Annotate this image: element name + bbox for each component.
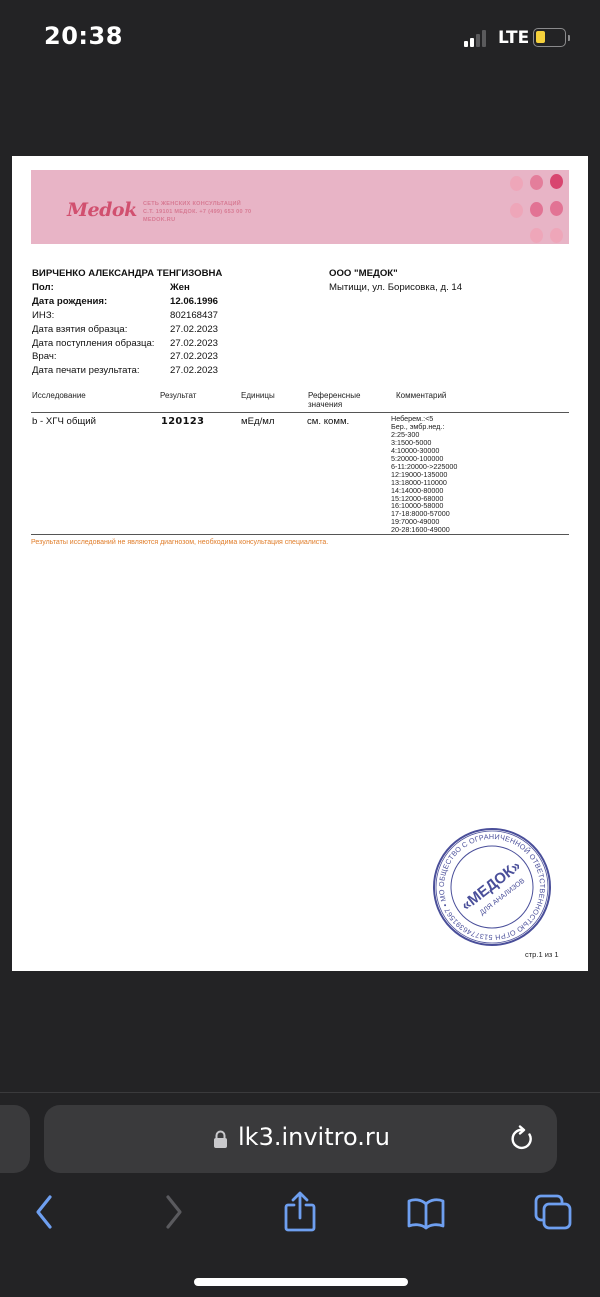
field-label: Дата взятия образца: bbox=[32, 323, 170, 337]
book-icon[interactable] bbox=[406, 1196, 446, 1230]
field-value: Жен bbox=[170, 281, 190, 295]
carrier-label: LTE bbox=[498, 28, 529, 48]
test-comment: Неберем.:<5Бер., эмбр.нед.:2:25-3003:150… bbox=[391, 415, 457, 534]
field-value: 27.02.2023 bbox=[170, 350, 218, 364]
patient-field: Пол:Жен bbox=[32, 281, 222, 295]
test-reference: см. комм. bbox=[307, 416, 349, 427]
disclaimer: Результаты исследований не являются диаг… bbox=[31, 539, 328, 546]
test-units: мЕд/мл bbox=[241, 416, 274, 427]
pdf-document: Medok СЕТЬ ЖЕНСКИХ КОНСУЛЬТАЦИЙ С.Т. 191… bbox=[12, 156, 588, 971]
chevron-right-icon[interactable] bbox=[162, 1192, 186, 1232]
share-icon[interactable] bbox=[282, 1190, 318, 1234]
url-text[interactable]: lk3.invitro.ru bbox=[238, 1123, 390, 1151]
reload-icon[interactable] bbox=[509, 1125, 537, 1153]
battery-icon bbox=[533, 28, 566, 47]
field-label: Дата рождения: bbox=[32, 295, 170, 309]
field-value: 27.02.2023 bbox=[170, 364, 218, 378]
lock-icon bbox=[213, 1130, 228, 1149]
home-indicator[interactable] bbox=[194, 1278, 408, 1286]
battery-level bbox=[536, 31, 545, 43]
tabs-icon[interactable] bbox=[533, 1194, 573, 1230]
field-value: 802168437 bbox=[170, 309, 218, 323]
field-label: ИНЗ: bbox=[32, 309, 170, 323]
header-reference: Референсные значения bbox=[308, 392, 378, 409]
chevron-left-icon[interactable] bbox=[32, 1192, 56, 1232]
header-test: Исследование bbox=[32, 392, 86, 401]
patient-field: ИНЗ:802168437 bbox=[32, 309, 222, 323]
patient-field: Дата поступления образца:27.02.2023 bbox=[32, 337, 222, 351]
status-bar: 20:38 LTE bbox=[0, 0, 600, 78]
field-value: 27.02.2023 bbox=[170, 323, 218, 337]
patient-field: Дата взятия образца:27.02.2023 bbox=[32, 323, 222, 337]
clinic-info: ООО "МЕДОК" Мытищи, ул. Борисовка, д. 14 bbox=[329, 267, 462, 295]
header-comment: Комментарий bbox=[396, 392, 446, 401]
header-result: Результат bbox=[160, 392, 196, 401]
test-result: 120123 bbox=[161, 416, 204, 427]
field-label: Дата печати результата: bbox=[32, 364, 170, 378]
address-bar[interactable]: lk3.invitro.ru bbox=[44, 1105, 557, 1173]
status-time: 20:38 bbox=[44, 22, 123, 50]
field-label: Пол: bbox=[32, 281, 170, 295]
previous-tab-preview[interactable] bbox=[0, 1105, 30, 1173]
patient-info: ВИРЧЕНКО АЛЕКСАНДРА ТЕНГИЗОВНА Пол:ЖенДа… bbox=[32, 267, 222, 378]
signal-icon bbox=[464, 30, 486, 47]
field-value: 27.02.2023 bbox=[170, 337, 218, 351]
battery-tip bbox=[568, 35, 570, 41]
patient-field: Дата печати результата:27.02.2023 bbox=[32, 364, 222, 378]
stamp-seal: ОБЩЕСТВО С ОГРАНИЧЕННОЙ ОТВЕТСТВЕННОСТЬЮ… bbox=[431, 826, 553, 948]
test-name: b - ХГЧ общий bbox=[32, 416, 96, 427]
clinic-address: Мытищи, ул. Борисовка, д. 14 bbox=[329, 281, 462, 295]
field-label: Врач: bbox=[32, 350, 170, 364]
page-number: стр.1 из 1 bbox=[525, 950, 559, 959]
medok-logo: Medok bbox=[67, 199, 137, 221]
toolbar-separator bbox=[0, 1092, 600, 1093]
table-header-divider bbox=[31, 412, 569, 413]
banner-text: СЕТЬ ЖЕНСКИХ КОНСУЛЬТАЦИЙ С.Т. 19101 МЕД… bbox=[143, 200, 251, 224]
patient-field: Врач:27.02.2023 bbox=[32, 350, 222, 364]
field-value: 12.06.1996 bbox=[170, 295, 218, 309]
header-units: Единицы bbox=[241, 392, 275, 401]
field-label: Дата поступления образца: bbox=[32, 337, 170, 351]
clinic-banner: Medok СЕТЬ ЖЕНСКИХ КОНСУЛЬТАЦИЙ С.Т. 191… bbox=[31, 170, 569, 244]
patient-field: Дата рождения:12.06.1996 bbox=[32, 295, 222, 309]
clinic-name: ООО "МЕДОК" bbox=[329, 267, 462, 281]
banner-line: СЕТЬ ЖЕНСКИХ КОНСУЛЬТАЦИЙ bbox=[143, 200, 251, 208]
banner-line: С.Т. 19101 МЕДОК. +7 (499) 653 00 70 bbox=[143, 208, 251, 216]
patient-name: ВИРЧЕНКО АЛЕКСАНДРА ТЕНГИЗОВНА bbox=[32, 267, 222, 281]
table-bottom-divider bbox=[31, 534, 569, 535]
banner-line: MEDOK.RU bbox=[143, 216, 251, 224]
